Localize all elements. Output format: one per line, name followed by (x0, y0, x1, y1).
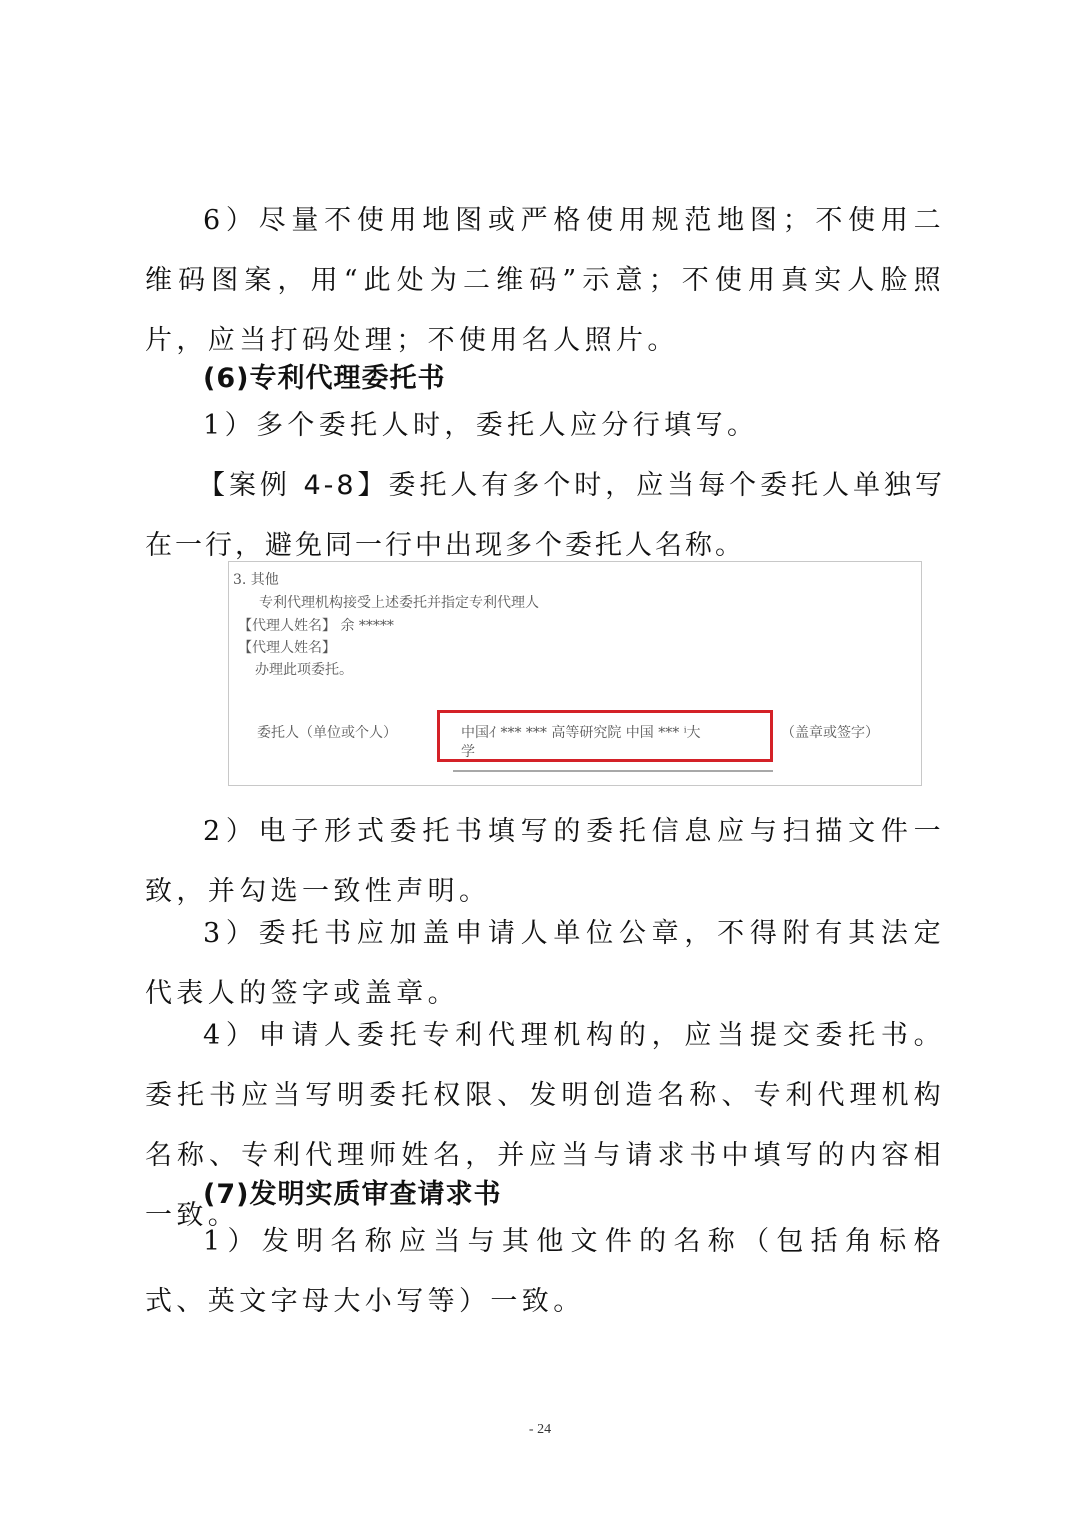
form-section-title: 3. 其他 (233, 569, 279, 589)
form-seal-label: （盖章或签字） (781, 722, 879, 742)
paragraph-invention-name-consistency: 1）发明名称应当与其他文件的名称（包括角标格式、英文字母大小写等）一致。 (145, 1212, 945, 1332)
agent-1-value: 余 ***** (340, 618, 393, 634)
form-agent-2-label: 【代理人姓名】 (238, 637, 336, 657)
section-heading-substantive-examination-request: (7)发明实质审查请求书 (203, 1172, 501, 1211)
section-heading-patent-agency-power-of-attorney: (6)专利代理委托书 (203, 356, 445, 395)
paragraph-multiple-principals: 1）多个委托人时，委托人应分行填写。 (145, 396, 945, 456)
power-of-attorney-form-screenshot: 3. 其他 专利代理机构接受上述委托并指定专利代理人 【代理人姓名】 余 ***… (228, 561, 922, 786)
form-handle-line: 办理此项委托。 (255, 659, 353, 679)
case-label: 【案例 4-8】 (197, 470, 388, 501)
case-example-4-8: 【案例 4-8】委托人有多个时，应当每个委托人单独写在一行，避免同一行中出现多个… (145, 456, 945, 576)
signature-underline (453, 770, 773, 772)
form-principal-label: 委托人（单位或个人） (257, 722, 397, 742)
agent-1-label: 【代理人姓名】 (238, 618, 336, 634)
form-agency-line: 专利代理机构接受上述委托并指定专利代理人 (259, 592, 539, 612)
page-number: - 24 (0, 1422, 1080, 1438)
form-agent-1: 【代理人姓名】 余 ***** (238, 615, 394, 635)
document-page: 6）尽量不使用地图或严格使用规范地图；不使用二维码图案，用“此处为二维码”示意；… (0, 0, 1080, 1527)
highlight-box (437, 710, 773, 762)
paragraph-maps-qr-faces: 6）尽量不使用地图或严格使用规范地图；不使用二维码图案，用“此处为二维码”示意；… (145, 191, 945, 371)
